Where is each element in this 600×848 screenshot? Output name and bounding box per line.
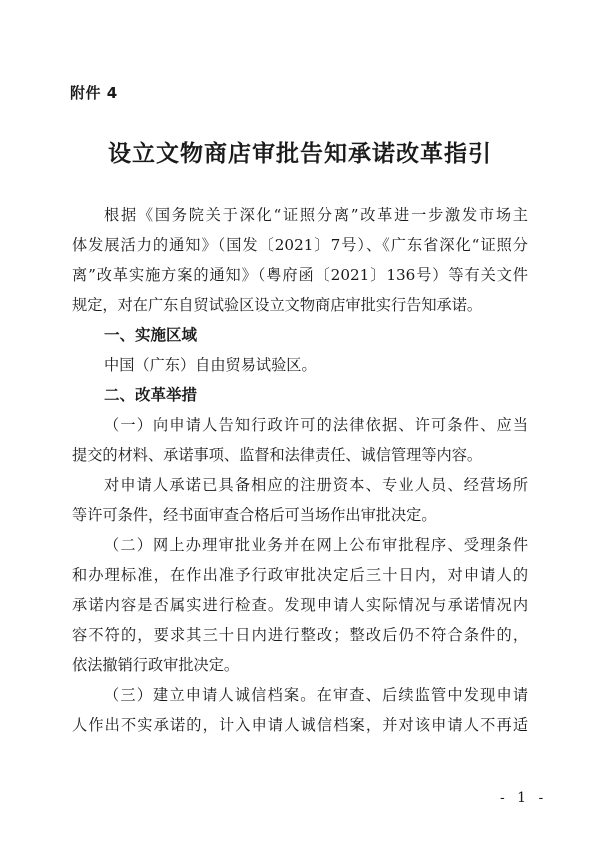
paragraph-line: 对申请人承诺已具备相应的注册资本、专业人员、经营场所 <box>72 470 528 500</box>
document-title: 设立文物商店审批告知承诺改革指引 <box>0 135 600 168</box>
paragraph-line: 等许可条件，经书面审查合格后可当场作出审批决定。 <box>72 500 528 530</box>
section-heading-reform-measures: 二、改革举措 <box>72 380 528 410</box>
paragraph-line: 承诺内容是否属实进行检查。发现申请人实际情况与承诺情况内 <box>72 590 528 620</box>
paragraph-line: （三）建立申请人诚信档案。在审查、后续监管中发现申请 <box>72 680 528 710</box>
paragraph-line: 体发展活力的通知》（国发〔2021〕7号）、《广东省深化“证照分 <box>72 230 528 260</box>
paragraph-line: （二）网上办理审批业务并在网上公布审批程序、受理条件 <box>72 530 528 560</box>
section-heading-implementation-area: 一、实施区域 <box>72 320 528 350</box>
document-page: 附件 4 设立文物商店审批告知承诺改革指引 根据《国务院关于深化“证照分离”改革… <box>0 0 600 848</box>
paragraph-line: 人作出不实承诺的，计入申请人诚信档案，并对该申请人不再适 <box>72 710 528 740</box>
paragraph-line: 根据《国务院关于深化“证照分离”改革进一步激发市场主 <box>72 200 528 230</box>
paragraph-line: 提交的材料、承诺事项、监督和法律责任、诚信管理等内容。 <box>72 440 528 470</box>
paragraph-line: 离”改革实施方案的通知》（粤府函〔2021〕136号）等有关文件 <box>72 260 528 290</box>
paragraph-line: 和办理标准，在作出准予行政审批决定后三十日内，对申请人的 <box>72 560 528 590</box>
attachment-label: 附件 4 <box>70 82 118 103</box>
paragraph-line: 规定，对在广东自贸试验区设立文物商店审批实行告知承诺。 <box>72 290 528 320</box>
paragraph-line: 依法撤销行政审批决定。 <box>72 650 528 680</box>
page-number: - 1 - <box>500 790 547 806</box>
paragraph-line: 容不符的，要求其三十日内进行整改；整改后仍不符合条件的， <box>72 620 528 650</box>
paragraph-line: （一）向申请人告知行政许可的法律依据、许可条件、应当 <box>72 410 528 440</box>
document-body: 根据《国务院关于深化“证照分离”改革进一步激发市场主 体发展活力的通知》（国发〔… <box>72 200 528 740</box>
paragraph-line: 中国（广东）自由贸易试验区。 <box>72 350 528 380</box>
